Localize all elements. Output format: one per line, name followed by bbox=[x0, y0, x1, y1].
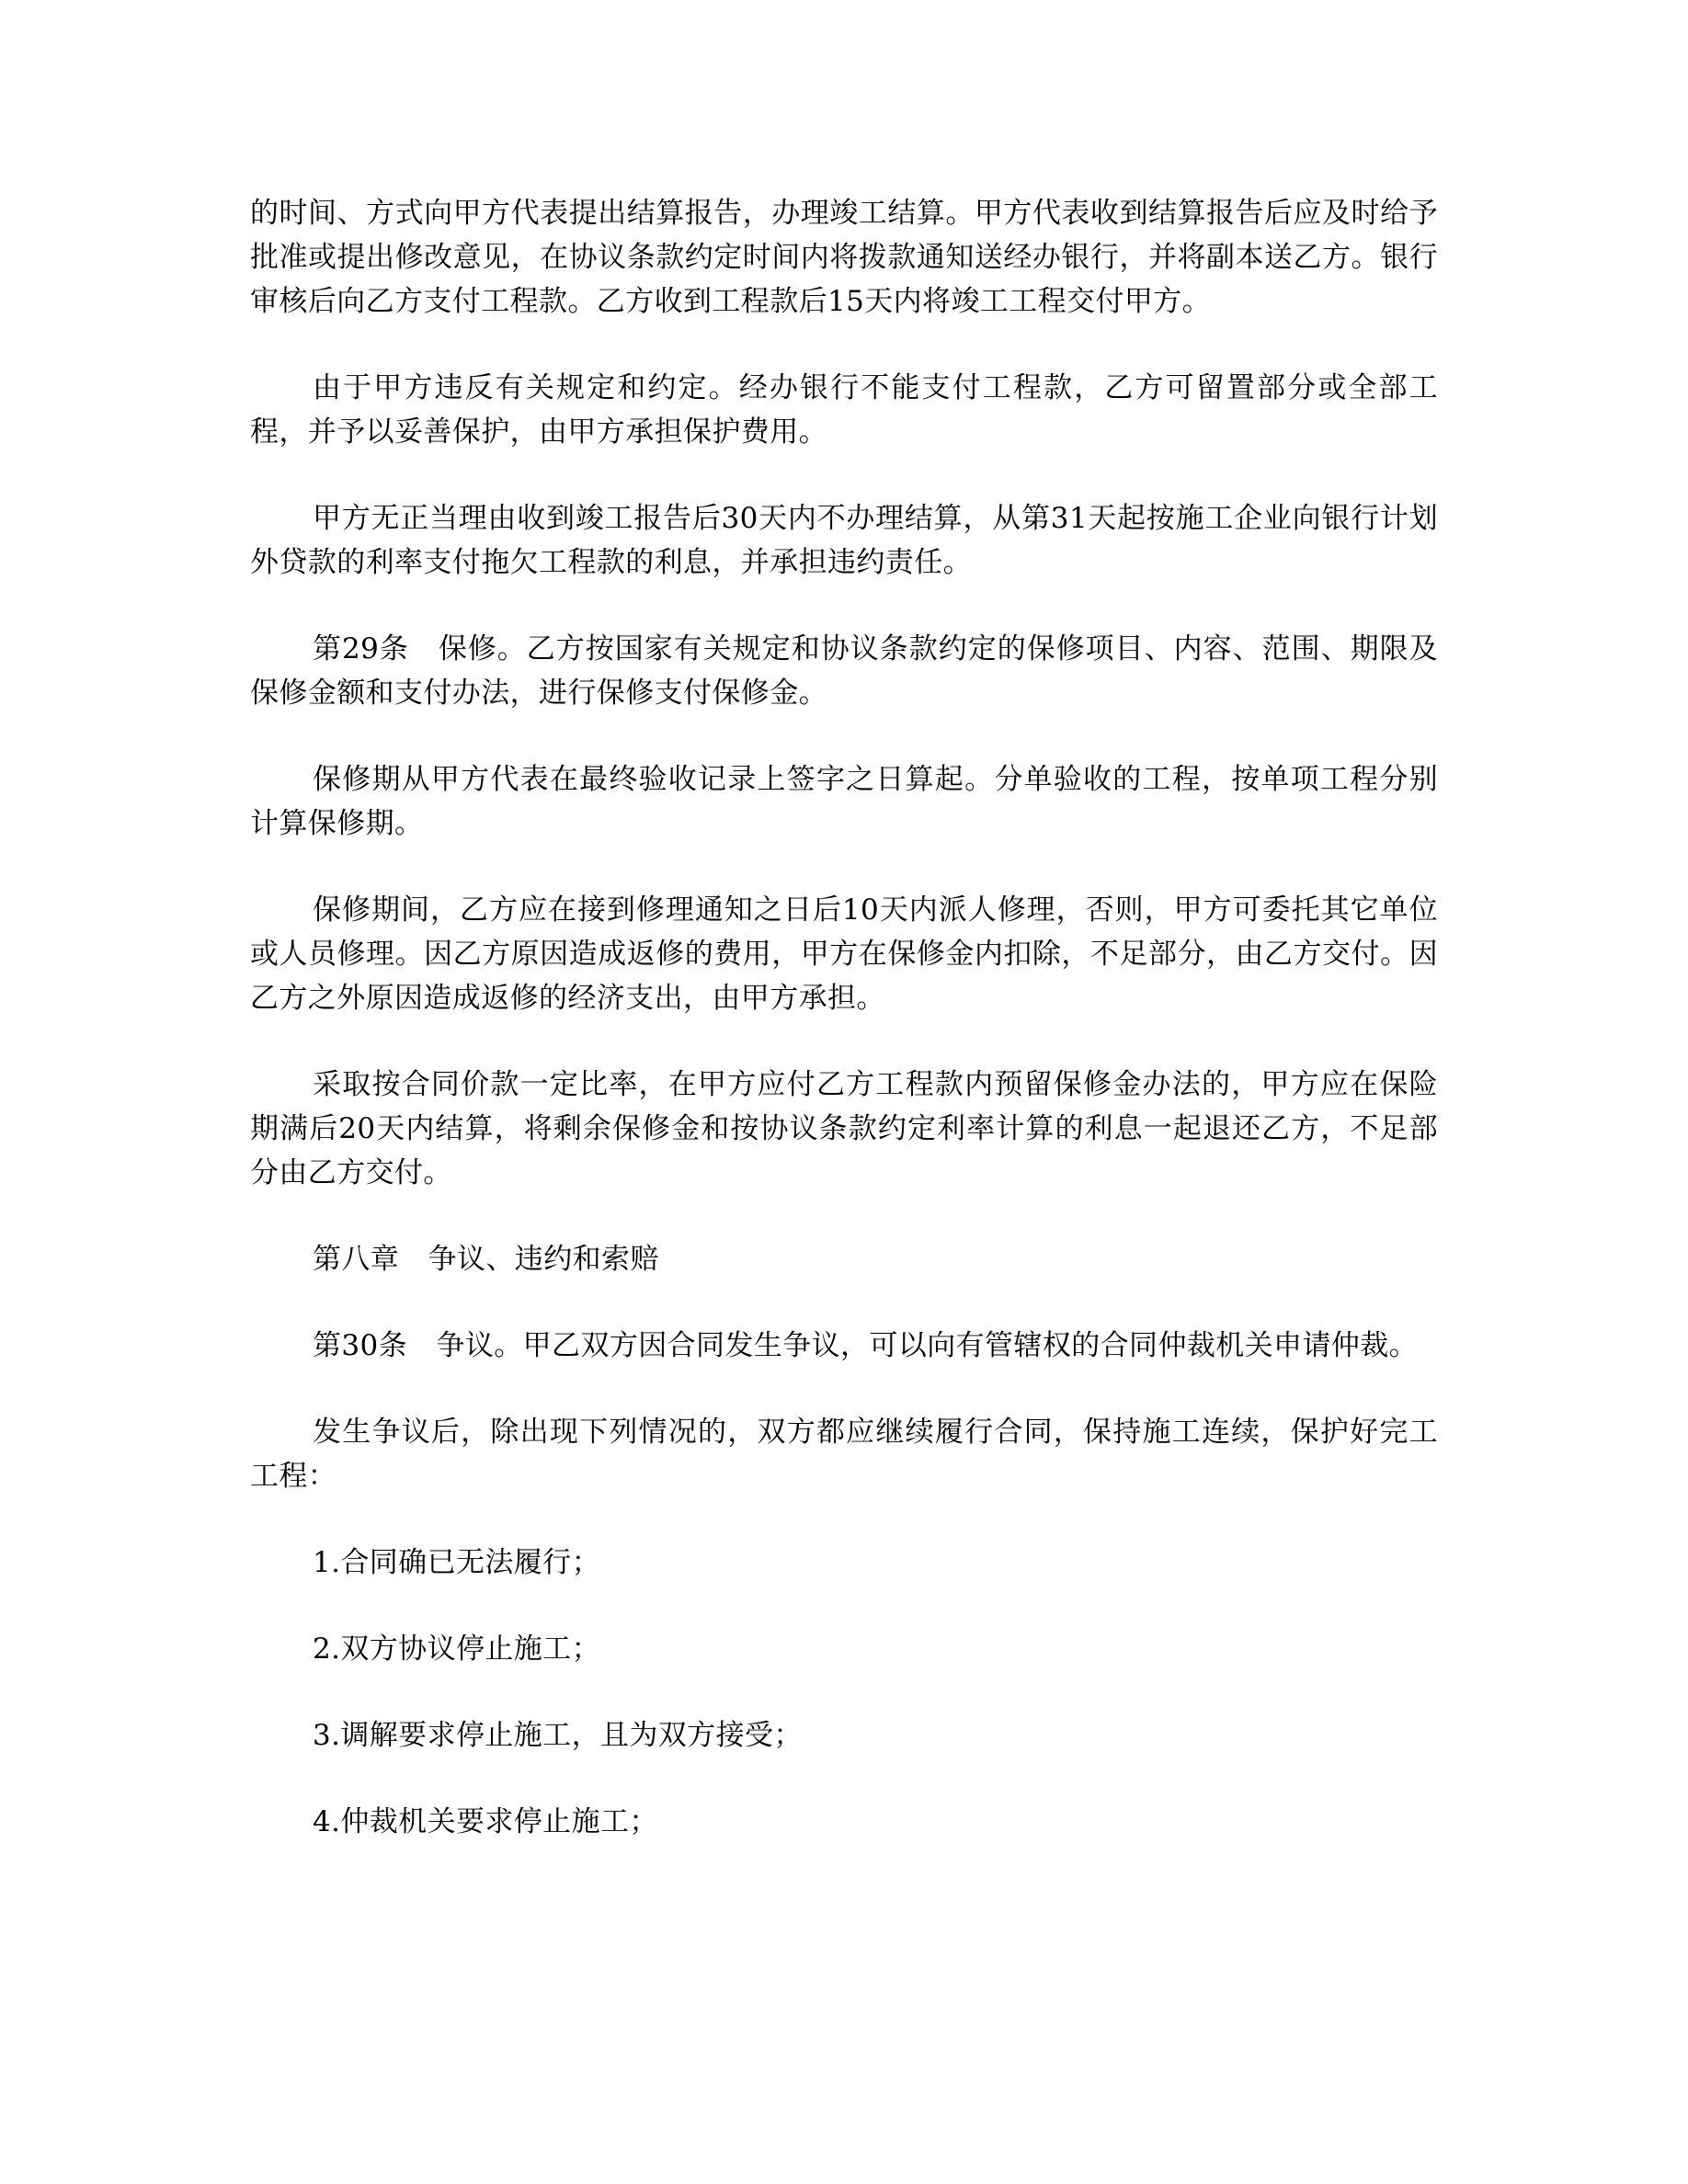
list-item-2: 2.双方协议停止施工； bbox=[250, 1627, 1438, 1671]
list-item-1: 1.合同确已无法履行； bbox=[250, 1541, 1438, 1585]
paragraph-bank-refusal: 由于甲方违反有关规定和约定。经办银行不能支付工程款，乙方可留置部分或全部工程，并… bbox=[250, 366, 1438, 454]
paragraph-article-30-dispute: 第30条 争议。甲乙双方因合同发生争议，可以向有管辖权的合同仲裁机关申请仲裁。 bbox=[250, 1324, 1438, 1368]
paragraph-dispute-continuation: 发生争议后，除出现下列情况的，双方都应继续履行合同，保持施工连续，保护好完工工程… bbox=[250, 1410, 1438, 1498]
list-item-3: 3.调解要求停止施工，且为双方接受； bbox=[250, 1713, 1438, 1757]
paragraph-late-settlement: 甲方无正当理由收到竣工报告后30天内不办理结算，从第31天起按施工企业向银行计划… bbox=[250, 496, 1438, 585]
document-page: 的时间、方式向甲方代表提出结算报告，办理竣工结算。甲方代表收到结算报告后应及时给… bbox=[250, 191, 1438, 1886]
paragraph-warranty-repairs: 保修期间，乙方应在接到修理通知之日后10天内派人修理，否则，甲方可委托其它单位或… bbox=[250, 888, 1438, 1020]
paragraph-article-29-warranty: 第29条 保修。乙方按国家有关规定和协议条款约定的保修项目、内容、范围、期限及保… bbox=[250, 627, 1438, 715]
chapter-8-heading: 第八章 争议、违约和索赔 bbox=[250, 1237, 1438, 1281]
paragraph-warranty-deposit: 采取按合同价款一定比率，在甲方应付乙方工程款内预留保修金办法的，甲方应在保险期满… bbox=[250, 1063, 1438, 1195]
paragraph-settlement-continued: 的时间、方式向甲方代表提出结算报告，办理竣工结算。甲方代表收到结算报告后应及时给… bbox=[250, 191, 1438, 324]
list-item-4: 4.仲裁机关要求停止施工； bbox=[250, 1800, 1438, 1844]
paragraph-warranty-period: 保修期从甲方代表在最终验收记录上签字之日算起。分单验收的工程，按单项工程分别计算… bbox=[250, 757, 1438, 846]
